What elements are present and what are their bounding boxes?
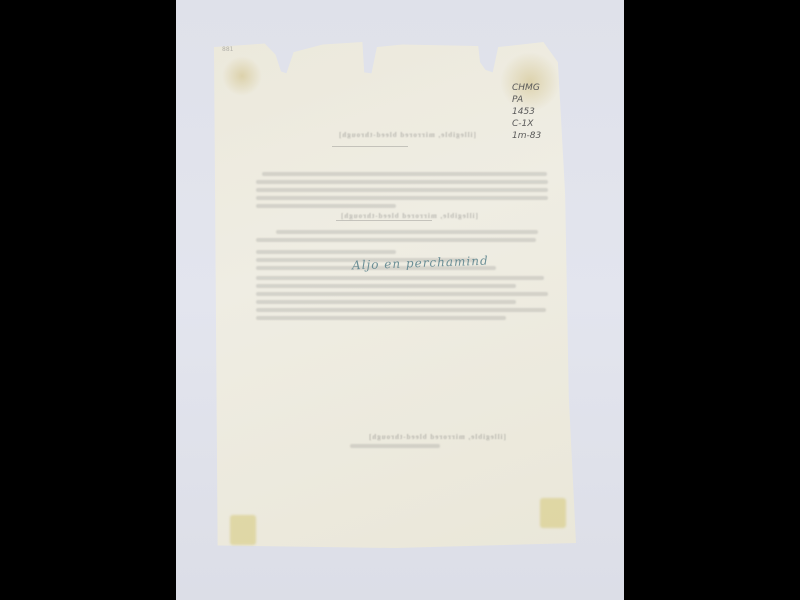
- annotation-line: PA: [512, 94, 554, 106]
- bleed-line: [262, 172, 547, 176]
- bleed-line: [256, 196, 548, 200]
- tape-stain-top-left: [222, 56, 262, 96]
- bleed-line: [256, 204, 396, 208]
- bleed-line: [256, 238, 536, 242]
- bleed-line: [256, 292, 548, 296]
- bleed-line: [256, 300, 516, 304]
- bleed-footer: [illegible, mirrored bleed-through]: [368, 433, 506, 441]
- bleed-line: [256, 250, 396, 254]
- bleed-section-heading: [illegible, mirrored bleed-through]: [340, 212, 478, 220]
- annotation-line: C-1X: [512, 118, 554, 130]
- bleed-line: [256, 316, 506, 320]
- corner-pencil-mark: 881: [222, 46, 233, 53]
- annotation-line: CHMG: [512, 82, 554, 94]
- bleed-line: [256, 308, 546, 312]
- bleed-section-rule: [336, 220, 432, 221]
- tape-bottom-right: [540, 498, 566, 528]
- bleed-line: [256, 188, 548, 192]
- bleed-line: [256, 276, 544, 280]
- tape-bottom-left: [230, 515, 256, 545]
- bleed-line: [276, 230, 538, 234]
- annotation-line: 1453: [512, 106, 554, 118]
- bleed-line: [256, 284, 516, 288]
- bleed-line: [256, 180, 548, 184]
- bleed-heading: [illegible, mirrored bleed-through]: [338, 131, 476, 139]
- annotation-line: 1m-83: [512, 130, 554, 142]
- archive-annotation: CHMG PA 1453 C-1X 1m-83: [512, 82, 554, 142]
- bleed-line: [350, 444, 440, 448]
- bleed-heading-rule: [332, 146, 408, 147]
